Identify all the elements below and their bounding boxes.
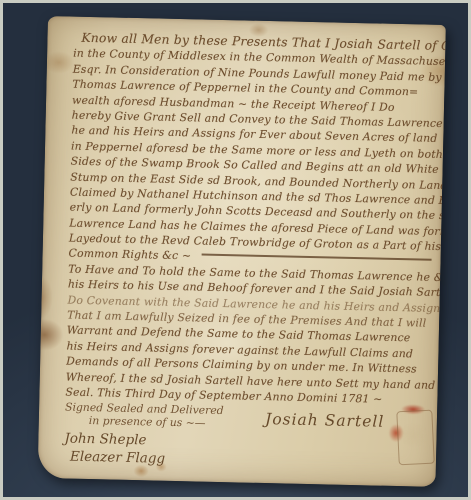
deed-body-text: Know all Men by these Presents That I Jo… [65,31,437,409]
document-paper: Know all Men by these Presents That I Jo… [38,16,446,487]
inked-rule [201,254,431,261]
photo-background: Know all Men by these Presents That I Jo… [0,0,471,500]
grantor-signature: Josiah Sartell [265,410,385,431]
closing-block: Signed Sealed and Delivered in presence … [64,402,429,474]
wax-seal-remnant [393,406,434,465]
deed-line-text: Common Rights &c ~ [68,247,191,263]
wax-seal-outline [396,410,435,466]
